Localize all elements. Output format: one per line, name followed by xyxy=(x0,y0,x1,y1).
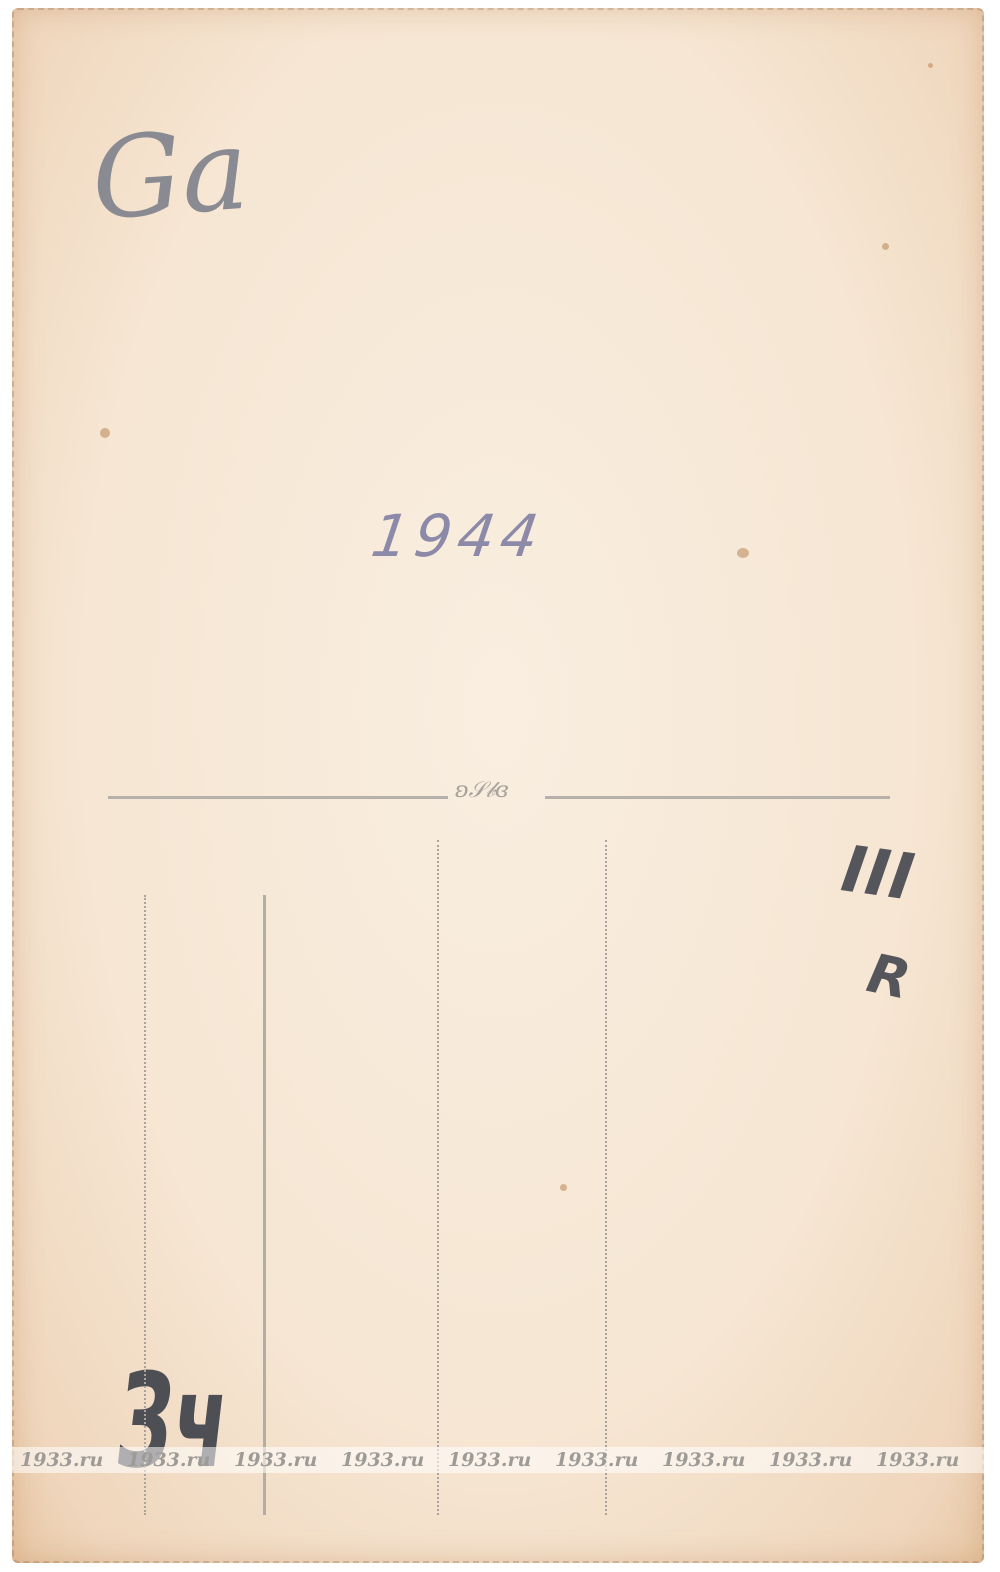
address-line-dotted xyxy=(144,895,146,1515)
handwritten-ga: Ga xyxy=(88,105,253,246)
watermark-text: 1933.ru xyxy=(555,1449,662,1471)
stain-spot xyxy=(928,63,933,68)
divider-line-left xyxy=(108,796,448,799)
handwritten-scrawl: Зч xyxy=(118,1345,227,1497)
stain-spot xyxy=(882,243,889,250)
handwritten-roman-numeral: III xyxy=(838,837,918,910)
handwritten-year: 1944 xyxy=(367,502,548,570)
watermark-text: 1933.ru xyxy=(20,1449,127,1471)
stain-spot xyxy=(737,548,749,558)
divider-line-right xyxy=(545,796,890,799)
watermark-text: 1933.ru xyxy=(341,1449,448,1471)
watermark-band: 1933.ru 1933.ru 1933.ru 1933.ru 1933.ru … xyxy=(0,1447,1000,1473)
address-line-dotted xyxy=(605,840,607,1515)
watermark-text: 1933.ru xyxy=(234,1449,341,1471)
watermark-text: 1933.ru xyxy=(448,1449,555,1471)
address-line-dotted xyxy=(437,840,439,1515)
divider-ornament: ʚ𝒮𝒷ɞ xyxy=(455,778,508,803)
watermark-text: 1933.ru xyxy=(769,1449,876,1471)
watermark-text: 1933.ru xyxy=(662,1449,769,1471)
stain-spot xyxy=(100,428,110,438)
watermark-text: 1933.ru xyxy=(876,1449,983,1471)
watermark-text: 1933.ru xyxy=(127,1449,234,1471)
stain-spot xyxy=(560,1184,567,1191)
address-line-solid xyxy=(263,895,266,1515)
